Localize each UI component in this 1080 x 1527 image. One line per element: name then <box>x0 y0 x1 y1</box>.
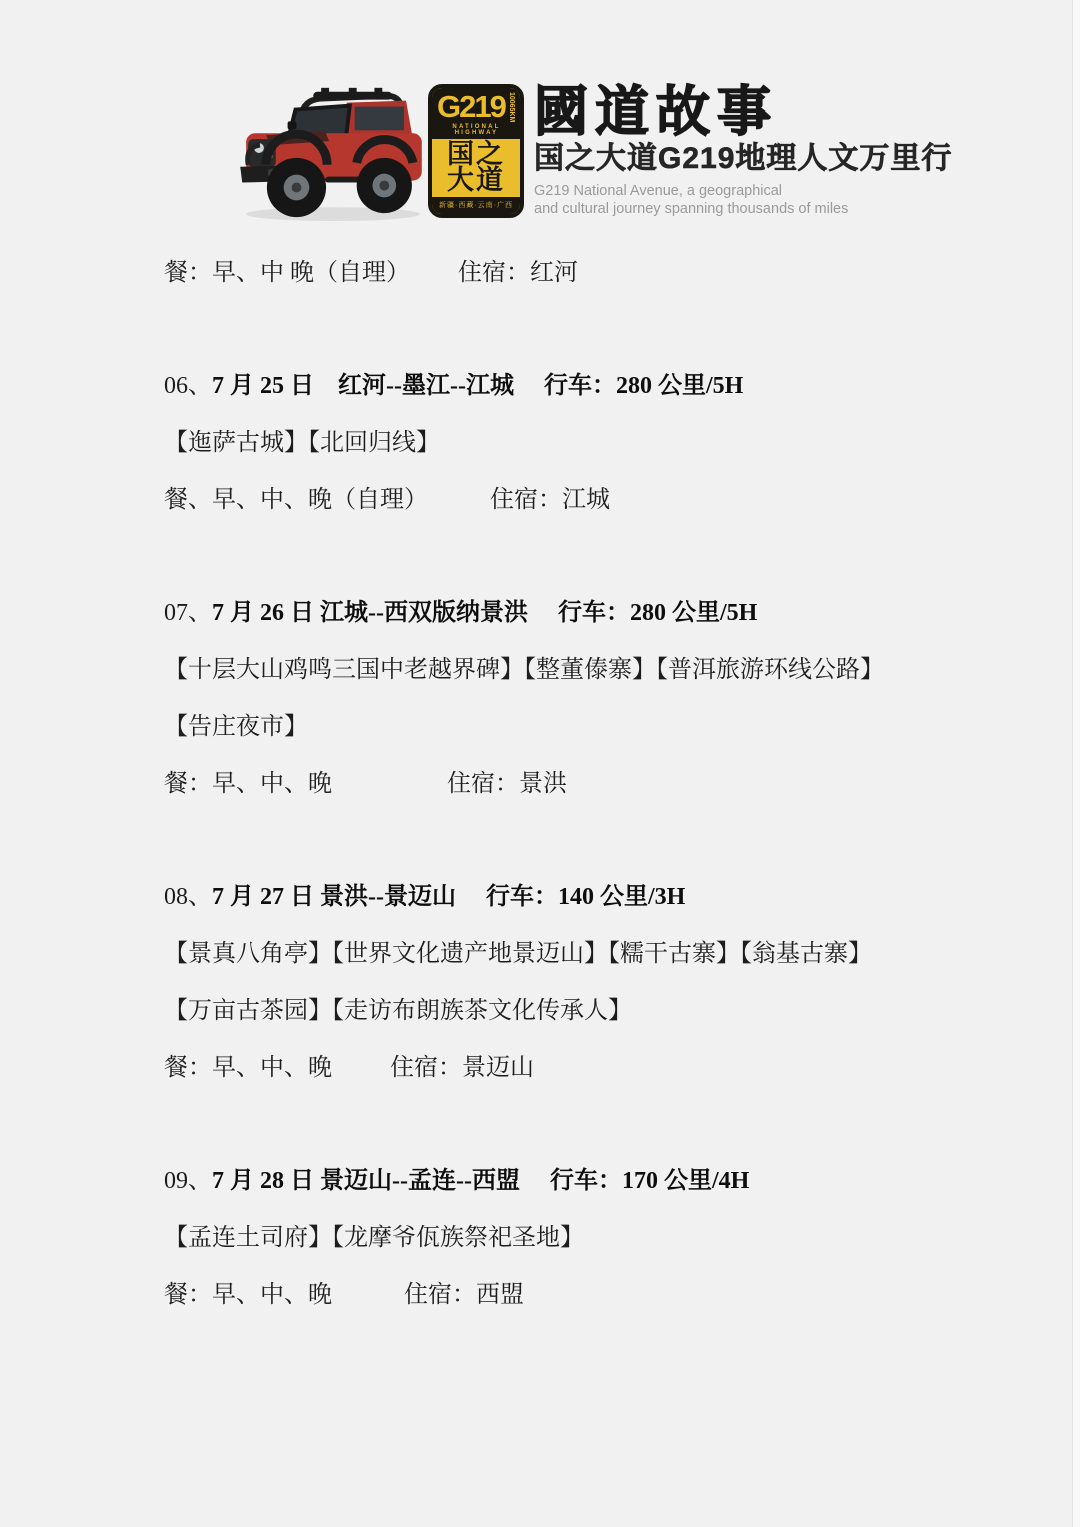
attractions-line: 【十层大山鸡鸣三国中老越界碑】【整董傣寨】【普洱旅游环线公路】 <box>164 655 1040 685</box>
lodging-text: 住宿：景迈山 <box>390 1055 534 1081</box>
meals-text: 餐：早、中、晚 <box>164 771 332 797</box>
day-section-06: 06、7 月 25 日 红河--墨江--江城 行车：280 公里/5H 【迤萨古… <box>164 315 1040 515</box>
day-title: 7 月 26 日 江城--西双版纳景洪 行车：280 公里/5H <box>212 600 757 626</box>
badge-name-line1: 国之 <box>432 141 520 167</box>
attractions-line: 【孟连土司府】【龙摩爷佤族祭祀圣地】 <box>164 1223 1040 1253</box>
lodging-text: 住宿：西盟 <box>404 1282 524 1308</box>
day-title: 7 月 25 日 红河--墨江--江城 行车：280 公里/5H <box>212 373 743 399</box>
lodging-text: 住宿：景洪 <box>447 771 567 797</box>
day-section-08: 08、7 月 27 日 景洪--景迈山 行车：140 公里/3H 【景真八角亭】… <box>164 826 1040 1083</box>
day-heading: 08、7 月 27 日 景洪--景迈山 行车：140 公里/3H <box>164 882 1040 912</box>
day-title: 7 月 28 日 景迈山--孟连--西盟 行车：170 公里/4H <box>212 1168 749 1194</box>
page-subtitle-english: G219 National Avenue, a geographical and… <box>534 182 952 218</box>
page-subtitle: 国之大道G219地理人文万里行 <box>534 142 952 176</box>
header-titles: 國道故事 国之大道G219地理人文万里行 G219 National Avenu… <box>534 76 952 218</box>
day-section-09: 09、7 月 28 日 景迈山--孟连--西盟 行车：170 公里/4H 【孟连… <box>164 1110 1040 1310</box>
attractions-line: 【万亩古茶园】【走访布朗族茶文化传承人】 <box>164 996 1040 1026</box>
badge-regions-label: 新疆·西藏·云南·广西 <box>432 197 520 214</box>
day-number: 08、 <box>164 884 212 910</box>
page-title: 國道故事 <box>534 84 952 140</box>
red-jeep-photo <box>238 76 426 224</box>
attractions-line: 【告庄夜市】 <box>164 712 1040 742</box>
day-heading: 07、7 月 26 日 江城--西双版纳景洪 行车：280 公里/5H <box>164 598 1040 628</box>
meals-text: 餐：早、中、晚 <box>164 1282 332 1308</box>
badge-g219-label: G219 <box>437 92 505 122</box>
attractions-line: 【景真八角亭】【世界文化遗产地景迈山】【糯干古寨】【翁基古寨】 <box>164 939 1040 969</box>
g219-badge: G219 10065KM NATIONAL HIGHWAY 国之 大道 新疆·西… <box>428 84 524 218</box>
badge-km-label: 10065KM <box>507 92 515 122</box>
meals-lodging-line: 餐：早、中、晚住宿：西盟 <box>164 1280 1040 1310</box>
lodging-text: 住宿：江城 <box>490 487 610 513</box>
meals-lodging-line: 餐：早、中 晚（自理）住宿：红河 <box>164 258 1040 288</box>
day-heading: 06、7 月 25 日 红河--墨江--江城 行车：280 公里/5H <box>164 371 1040 401</box>
badge-name-line2: 大道 <box>432 167 520 193</box>
badge-top: G219 10065KM NATIONAL HIGHWAY <box>432 88 520 139</box>
badge-name: 国之 大道 <box>432 139 520 197</box>
day-number: 09、 <box>164 1168 212 1194</box>
day-section-07: 07、7 月 26 日 江城--西双版纳景洪 行车：280 公里/5H 【十层大… <box>164 542 1040 799</box>
day-title: 7 月 27 日 景洪--景迈山 行车：140 公里/3H <box>212 884 685 910</box>
meals-lodging-line: 餐：早、中、晚住宿：景迈山 <box>164 1053 1040 1083</box>
itinerary-content: 餐：早、中 晚（自理）住宿：红河 06、7 月 25 日 红河--墨江--江城 … <box>164 258 1040 1310</box>
meals-lodging-line: 餐：早、中、晚住宿：景洪 <box>164 769 1040 799</box>
meals-text: 餐、早、中、晚（自理） <box>164 487 428 513</box>
day-heading: 09、7 月 28 日 景迈山--孟连--西盟 行车：170 公里/4H <box>164 1166 1040 1196</box>
attractions-line: 【迤萨古城】【北回归线】 <box>164 428 1040 458</box>
lodging-text: 住宿：红河 <box>458 260 578 286</box>
meals-text: 餐：早、中、晚 <box>164 1055 332 1081</box>
badge-national-highway-label: NATIONAL HIGHWAY <box>437 124 516 136</box>
itinerary-page: { "header": { "badge": { "g219": "G219",… <box>0 0 1080 1527</box>
day-number: 06、 <box>164 373 212 399</box>
day-number: 07、 <box>164 600 212 626</box>
meals-text: 餐：早、中 晚（自理） <box>164 260 410 286</box>
meals-lodging-line: 餐、早、中、晚（自理）住宿：江城 <box>164 485 1040 515</box>
scan-edge <box>1072 0 1080 1527</box>
brand-header: G219 10065KM NATIONAL HIGHWAY 国之 大道 新疆·西… <box>238 76 1080 224</box>
